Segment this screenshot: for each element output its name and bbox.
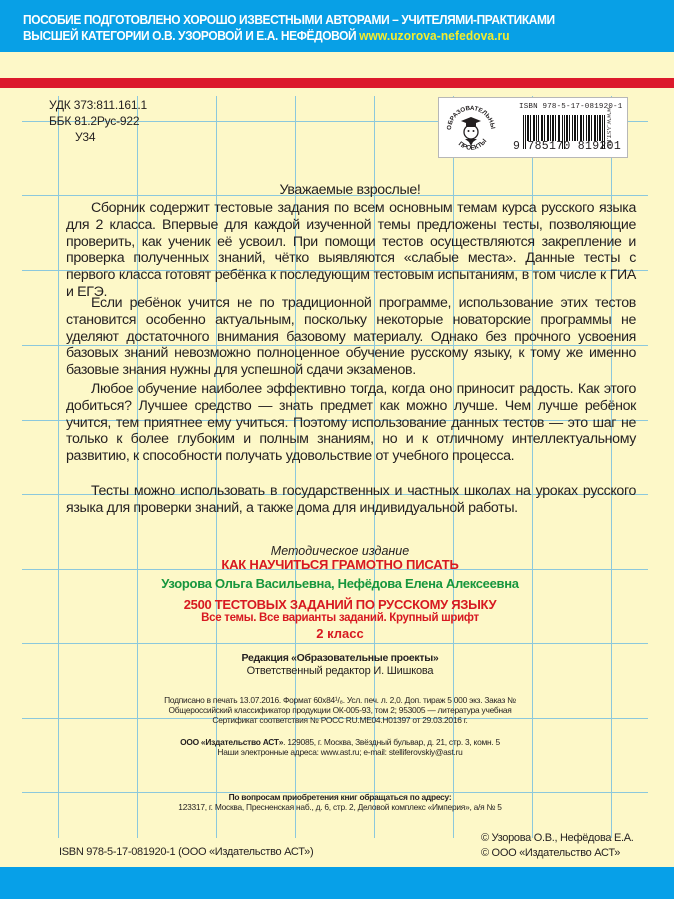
copyright-authors: © Узорова О.В., Нефёдова Е.А. [481, 831, 634, 846]
grid-line [58, 96, 59, 838]
cream-strip [0, 52, 674, 78]
intro-paragraph-2: Если ребёнок учится не по традиционной п… [66, 295, 636, 379]
red-divider [0, 78, 674, 88]
intro-paragraph-1: Сборник содержит тестовые задания по все… [66, 200, 636, 301]
udk-code: УДК 373:811.161.1 [49, 97, 147, 113]
publisher-address: . 129085, г. Москва, Звёздный бульвар, д… [283, 737, 500, 747]
footer-isbn: ISBN 978-5-17-081920-1 (ООО «Издательств… [59, 846, 313, 858]
intro-heading: Уважаемые взрослые! [66, 182, 634, 199]
banner-url-link[interactable]: www.uzorova-nefedova.ru [359, 28, 510, 43]
paragraph-text: Тесты можно использовать в государственн… [66, 483, 636, 517]
imprint-block: Подписано в печать 13.07.2016. Формат 60… [100, 695, 580, 725]
book-title: КАК НАУЧИТЬСЯ ГРАМОТНО ПИСАТЬ [100, 557, 580, 572]
copyright-block: © Узорова О.В., Нефёдова Е.А. © ООО «Изд… [481, 831, 634, 861]
banner-authors: ВЫСШЕЙ КАТЕГОРИИ О.В. УЗОРОВОЙ И Е.А. НЕ… [23, 28, 356, 43]
imprint-line-1: Подписано в печать 13.07.2016. Формат 60… [100, 695, 580, 705]
orders-address: 123317, г. Москва, Пресненская наб., д. … [100, 802, 580, 812]
isbn-barcode-box: ОБРАЗОВАТЕЛЬНЫЕ ПРОЕКТЫ ISBN 978-5-17-08… [438, 97, 628, 158]
orders-heading: По вопросам приобретения книг обращаться… [100, 792, 580, 802]
book-authors: Узорова Ольга Васильевна, Нефёдова Елена… [100, 576, 580, 591]
intro-paragraph-4: Тесты можно использовать в государственн… [66, 483, 636, 517]
bbk-code: ББК 81.2Рус-922 [49, 113, 147, 129]
publisher-name: ООО «Издательство АСТ» [180, 737, 283, 747]
top-banner: ПОСОБИЕ ПОДГОТОВЛЕНО ХОРОШО ИЗВЕСТНЫМИ А… [0, 0, 674, 52]
book-subtitle: 2500 ТЕСТОВЫХ ЗАДАНИЙ ПО РУССКОМУ ЯЗЫКУ [100, 597, 580, 612]
copyright-publisher: © ООО «Издательство АСТ» [481, 846, 634, 861]
edition-type: Методическое издание [100, 544, 580, 558]
classification-codes: УДК 373:811.161.1 ББК 81.2Рус-922 У34 [49, 97, 147, 145]
banner-line-2: ВЫСШЕЙ КАТЕГОРИИ О.В. УЗОРОВОЙ И Е.А. НЕ… [23, 28, 599, 44]
imprint-line-2: Общероссийский классификатор продукции О… [100, 705, 580, 715]
paragraph-text: Любое обучение наиболее эффективно тогда… [66, 381, 636, 465]
redaction: Редакция «Образовательные проекты» [100, 652, 580, 664]
paragraph-text: Если ребёнок учится не по традиционной п… [66, 295, 636, 379]
responsible-editor: Ответственный редактор И. Шишкова [100, 665, 580, 677]
banner-text: ПОСОБИЕ ПОДГОТОВЛЕНО ХОРОШО ИЗВЕСТНЫМИ А… [23, 12, 599, 44]
publisher-logo-icon: ОБРАЗОВАТЕЛЬНЫЕ ПРОЕКТЫ [443, 100, 499, 156]
book-grade: 2 класс [100, 626, 580, 641]
grid-line [22, 643, 648, 644]
paragraph-text: Сборник содержит тестовые задания по все… [66, 200, 636, 301]
publisher-contacts: Наши электронные адреса: www.ast.ru; e-m… [100, 747, 580, 757]
author-mark: У34 [49, 129, 147, 145]
bottom-band [0, 867, 674, 899]
banner-line-1: ПОСОБИЕ ПОДГОТОВЛЕНО ХОРОШО ИЗВЕСТНЫМИ А… [23, 12, 599, 28]
orders-block: По вопросам приобретения книг обращаться… [100, 792, 580, 812]
publisher-site-vertical: WWW.AST.RU [605, 107, 611, 149]
publisher-block: ООО «Издательство АСТ». 129085, г. Москв… [100, 737, 580, 757]
publisher-line: ООО «Издательство АСТ». 129085, г. Москв… [100, 737, 580, 747]
book-features: Все темы. Все варианты заданий. Крупный … [100, 612, 580, 624]
imprint-line-3: Сертификат соответствия № РОСС RU.МЕ04.Н… [100, 715, 580, 725]
intro-paragraph-3: Любое обучение наиболее эффективно тогда… [66, 381, 636, 465]
